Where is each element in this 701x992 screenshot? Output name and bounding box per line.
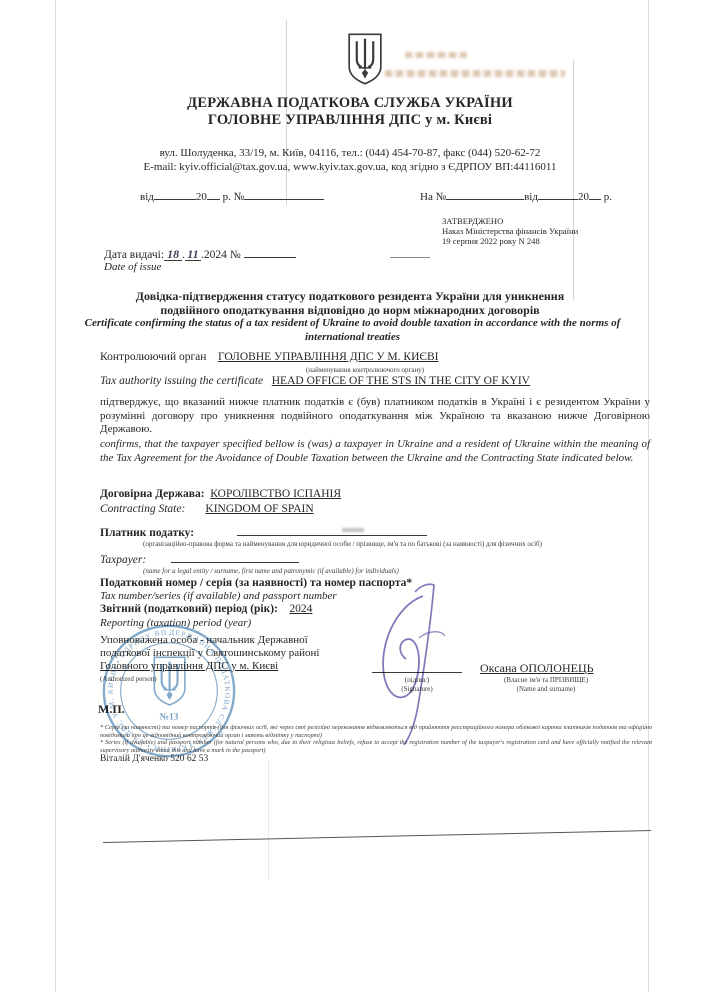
outgoing-ref-line: від20 р. № [140,188,324,203]
taxpayer-value-blank [237,524,427,536]
ref-left-suffix: р. № [223,191,245,203]
title-ua-line2: подвійного оподаткування відповідно до н… [85,303,615,318]
state-value-en: KINGDOM OF SPAIN [205,503,313,515]
authority-value-en: HEAD OFFICE OF THE STS IN THE CITY OF KY… [272,375,530,387]
date-day-handwritten: 18 [167,247,179,261]
taxpayer-row-en: Taxpayer: [100,551,299,566]
state-label-ua: Договірна Держава: [100,488,205,500]
org-name-line1: ДЕРЖАВНА ПОДАТКОВА СЛУЖБА УКРАЇНИ [75,95,625,112]
date-year-label: .2024 № [201,249,241,261]
taxpayer-value-blank-en [171,551,299,563]
stamp-number: №13 [160,713,179,723]
org-name-line2: ГОЛОВНЕ УПРАВЛІННЯ ДПС у м. Києві [75,112,625,129]
stamp-trident-icon [154,657,185,705]
page-left-edge [55,0,56,992]
incoming-ref-line: На №від20 р. [420,188,612,203]
fold-line-bottom [268,760,269,880]
date-month-handwritten: 11 [187,247,198,261]
state-row-en: Contracting State: KINGDOM OF SPAIN [100,503,314,515]
footnote-en: * Series (if available) and passport num… [100,739,652,754]
authority-row-en: Tax authority issuing the certificate HE… [100,375,530,387]
ref-right-mid: від [524,191,538,203]
taxpayer-label-ua: Платник податку: [100,527,194,539]
date-number-blank [244,246,296,258]
taxpayer-note-ua: (організаційно-правова форма та найменув… [143,540,651,548]
org-address-line2: E-mail: kyiv.official@tax.gov.ua, www.ky… [75,161,625,173]
org-address-line1: вул. Шолуденка, 33/19, м. Київ, 04116, т… [75,147,625,159]
ref-right-number-blank [446,188,524,200]
ref-left-date-blank [154,188,196,200]
state-label-en: Contracting State: [100,503,185,515]
approved-order: Наказ Міністерства фінансів України [442,226,642,236]
date-of-issue-label-en: Date of issue [104,261,161,273]
approved-title: ЗАТВЕРДЖЕНО [442,216,642,226]
ref-right-year: 20 [578,191,589,203]
taxpayer-row-ua: Платник податку: [100,524,427,539]
date-of-issue-label: Дата видачі: [104,249,164,261]
state-value-ua: КОРОЛІВСТВО ІСПАНІЯ [210,488,341,500]
faint-dash [390,257,430,258]
page-right-edge [648,0,649,992]
confirmation-paragraph-en: confirms, that the taxpayer specified be… [100,438,650,465]
state-row-ua: Договірна Держава: КОРОЛІВСТВО ІСПАНІЯ [100,488,341,500]
ref-left-number-blank [244,188,324,200]
ref-right-suffix: р. [604,191,612,203]
authority-value-ua: ГОЛОВНЕ УПРАВЛІННЯ ДПС У М. КИЄВІ [218,351,439,363]
period-row: Звітний (податковий) період (рік): 2024 [100,603,312,615]
scan-crease-line [103,830,651,843]
approved-date: 19 серпня 2022 року N 248 [442,236,642,246]
taxpayer-note-en: (name for a legal entity / surname, firs… [143,567,543,575]
authority-note-ua: (найменування контролюючого органу) [230,366,500,374]
authority-label-en: Tax authority issuing the certificate [100,375,263,387]
scanned-certificate-page: ДЕРЖАВНА ПОДАТКОВА СЛУЖБА УКРАЇНИ ГОЛОВН… [0,0,701,992]
tax-number-label-en: Tax number/series (if available) and pas… [100,590,337,602]
official-name: Оксана ОПОЛОНЕЦЬ [480,661,594,676]
trident-emblem-icon [346,32,384,91]
ref-right-prefix: На № [420,191,446,203]
bleedthrough-text-2 [385,70,565,77]
ref-left-year-blank [207,188,220,200]
title-ua-line1: Довідка-підтвердження статусу податковог… [85,289,615,304]
approved-block: ЗАТВЕРДЖЕНО Наказ Міністерства фінансів … [442,216,642,246]
authority-row-ua: Контролюючий орган ГОЛОВНЕ УПРАВЛІННЯ ДП… [100,351,438,363]
date-of-issue-line: Дата видачі:18.11.2024 № [104,246,296,261]
contact-person: Віталій Д'яченко 520 62 53 [100,754,208,764]
period-label-ua: Звітний (податковий) період (рік): [100,603,278,615]
bleedthrough-text-1 [405,52,467,58]
taxpayer-faint-mark [342,528,364,532]
ref-right-year-blank [589,188,601,200]
title-en: Certificate confirming the status of a t… [80,317,625,344]
ref-right-date-blank [538,188,578,200]
footnote-ua: * Серія (за наявності) та номер паспорта… [100,724,652,739]
ref-left-prefix: від [140,191,154,203]
authority-label-ua: Контролюючий орган [100,351,206,363]
official-name-note-ua: (Власне ім'я та ПРІЗВИЩЕ) [478,676,614,684]
official-name-note-en: (Name and surname) [478,685,614,693]
taxpayer-label-en: Taxpayer: [100,554,146,566]
confirmation-paragraph-ua: підтверджує, що вказаний нижче платник п… [100,396,650,437]
ref-left-year: 20 [196,191,207,203]
period-value: 2024 [289,603,312,615]
